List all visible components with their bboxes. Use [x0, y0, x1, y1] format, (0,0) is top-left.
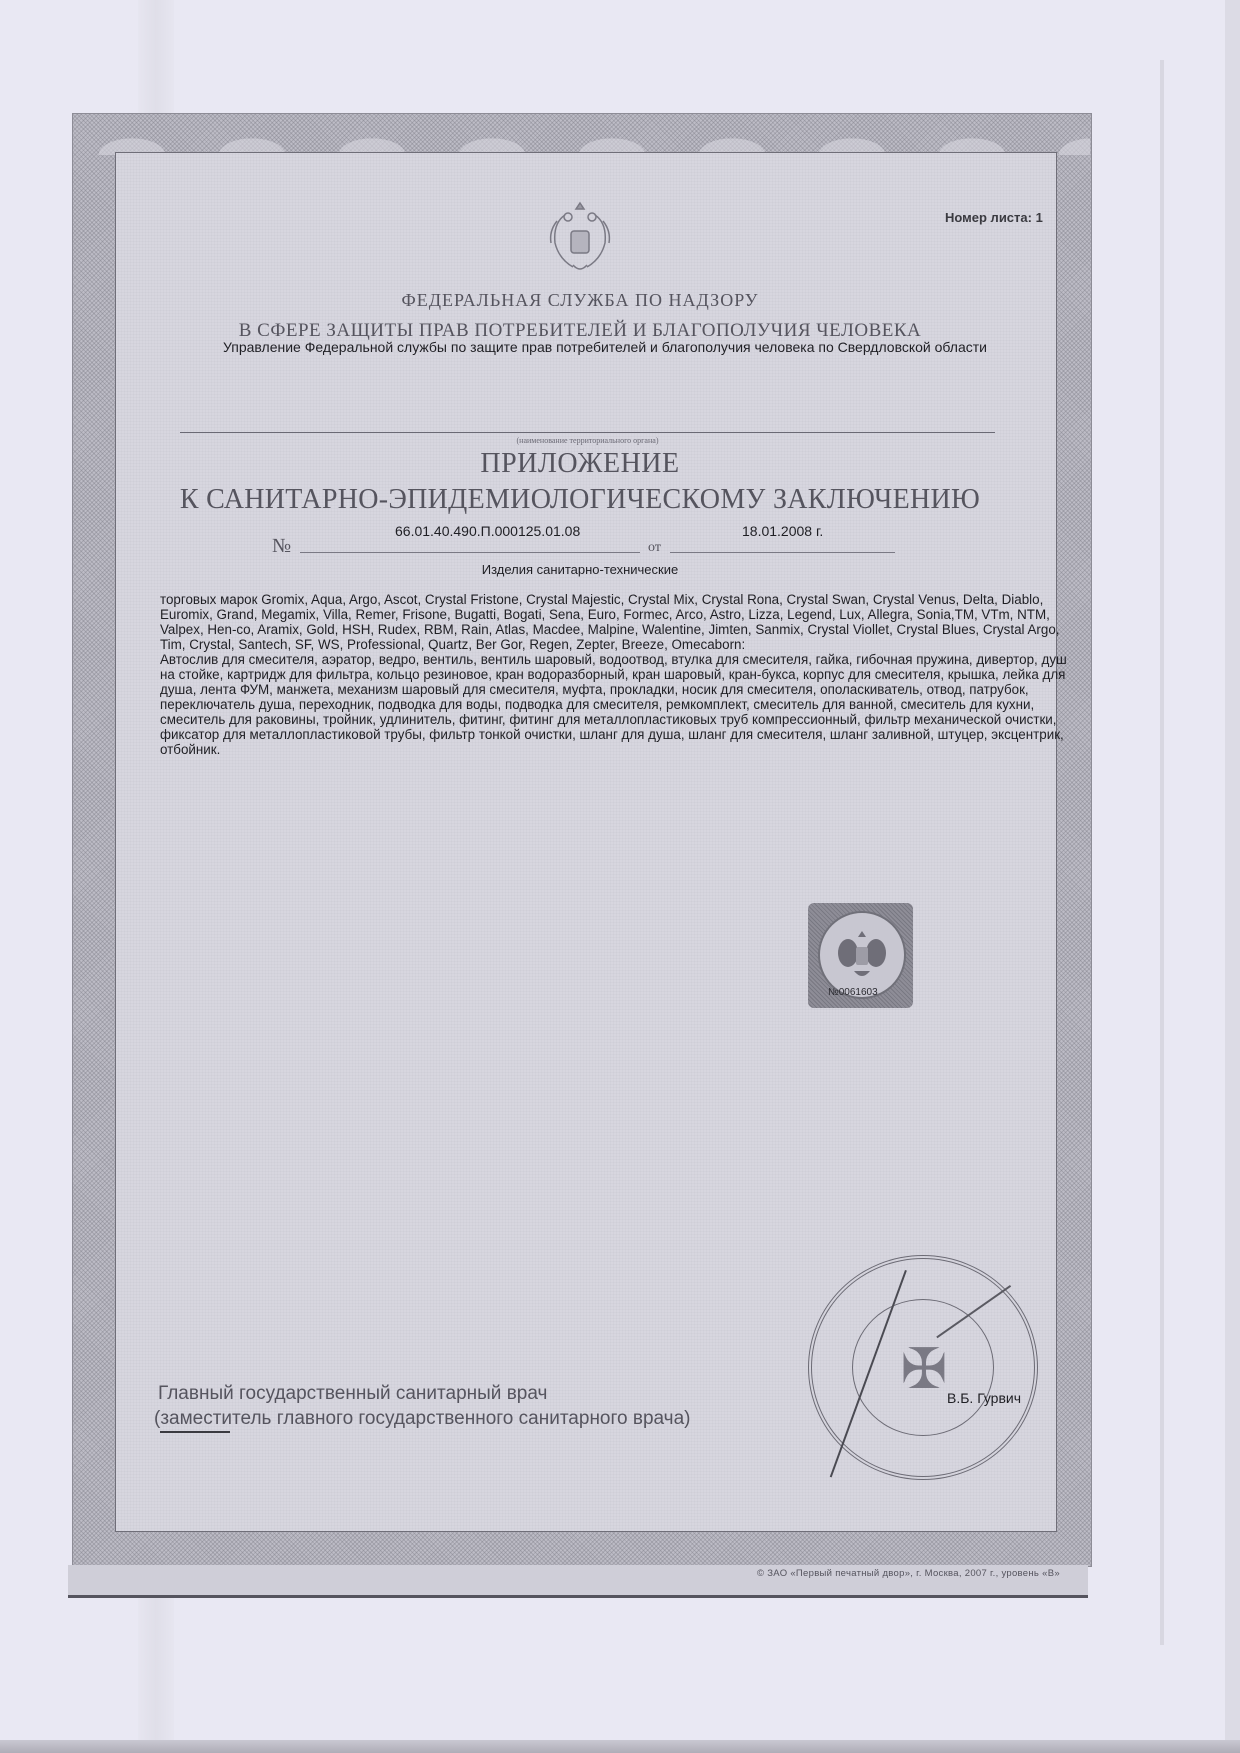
number-label: № — [272, 535, 291, 558]
territorial-body-caption: (наименование территориального органа) — [180, 436, 995, 445]
border-wave-top — [72, 113, 1090, 155]
agency-name-line-1: ФЕДЕРАЛЬНАЯ СЛУЖБА ПО НАДЗОРУ — [150, 290, 1010, 311]
number-underline — [300, 552, 640, 553]
bottom-rule — [68, 1595, 1088, 1598]
signatory-title: Главный государственный санитарный врач — [158, 1383, 547, 1405]
coat-of-arms-icon — [535, 195, 625, 285]
document-title: ПРИЛОЖЕНИЕ — [150, 448, 1010, 480]
products-paragraph: Автослив для смесителя, аэратор, ведро, … — [160, 652, 1070, 757]
date-underline — [670, 552, 895, 553]
seal-serial: №0061603 — [828, 987, 878, 998]
printer-imprint: © ЗАО «Первый печатный двор», г. Москва,… — [757, 1568, 1060, 1579]
territorial-body-line — [180, 432, 995, 433]
conclusion-date: 18.01.2008 г. — [742, 523, 823, 539]
conclusion-number: 66.01.40.490.П.000125.01.08 — [395, 523, 580, 539]
page-edge-shadow — [1160, 60, 1164, 1645]
scan-artifact-edge — [1225, 0, 1240, 1753]
deputy-underline — [160, 1431, 230, 1433]
scan-bottom-edge — [0, 1740, 1240, 1753]
brands-paragraph: торговых марок Gromix, Aqua, Argo, Ascot… — [160, 592, 1070, 652]
signatory-deputy-title: (заместитель главного государственного с… — [154, 1408, 690, 1430]
double-headed-eagle-icon — [818, 911, 906, 999]
territorial-body-name: Управление Федеральной службы по защите … — [180, 338, 1030, 356]
document-subtitle: К САНИТАРНО-ЭПИДЕМИОЛОГИЧЕСКОМУ ЗАКЛЮЧЕН… — [150, 484, 1010, 516]
document-body: торговых марок Gromix, Aqua, Argo, Ascot… — [160, 592, 1070, 757]
date-label: от — [648, 540, 661, 556]
product-type: Изделия санитарно-технические — [150, 562, 1010, 577]
hologram-seal: №0061603 — [808, 903, 913, 1008]
signer-name: В.Б. Гурвич — [947, 1390, 1021, 1406]
sheet-number: Номер листа: 1 — [945, 210, 1043, 225]
